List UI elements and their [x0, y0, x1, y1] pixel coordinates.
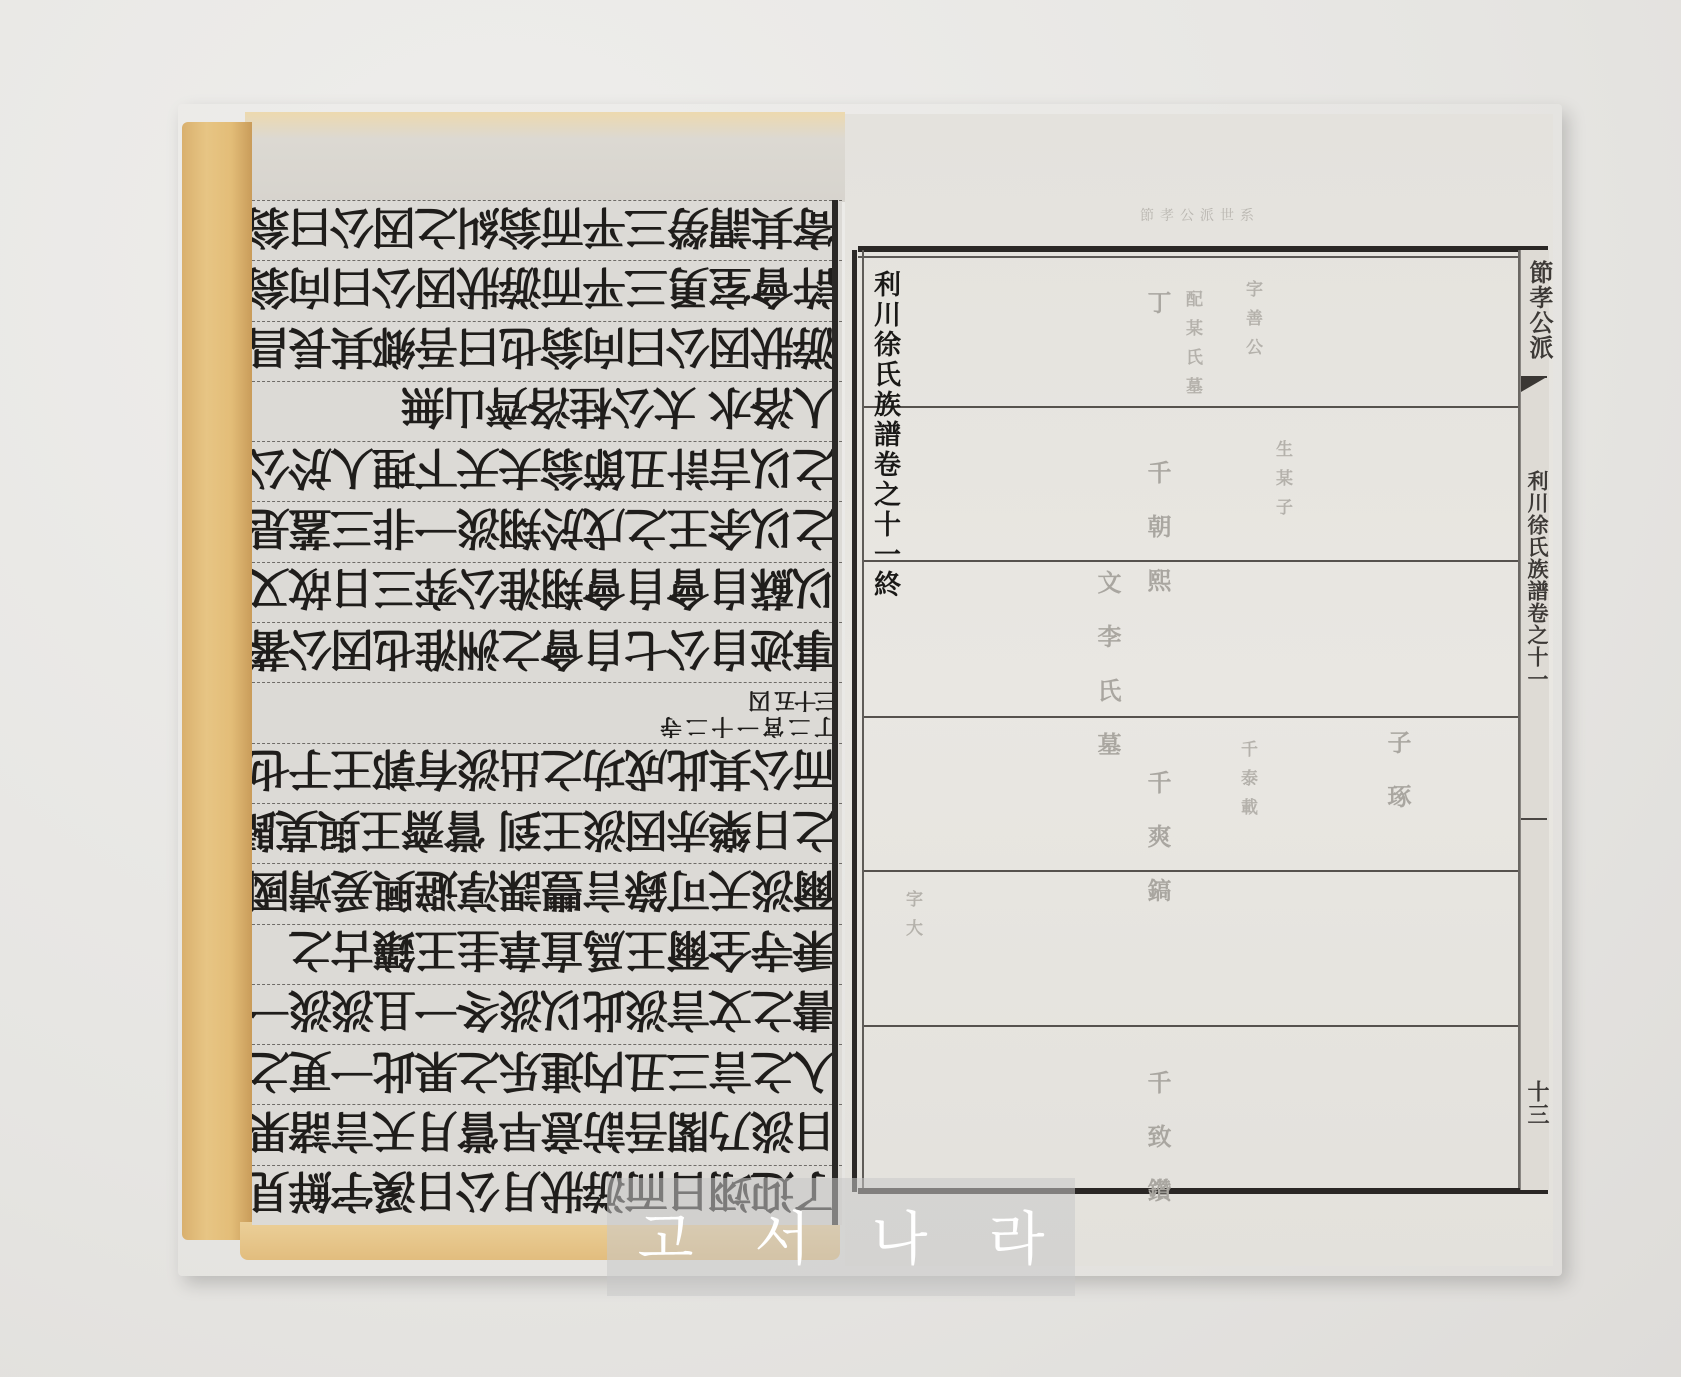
bleed-column: 子琢 — [1380, 730, 1415, 838]
text-row: 日淡乃閣吾訪意早嘗月天言諸果女 — [252, 1104, 842, 1164]
row-divider — [864, 870, 1518, 872]
watermark-char: 라 — [988, 1192, 1044, 1276]
text-row: 之以余王之戊於翔淡一非三蓋是一 丙三 — [252, 501, 842, 561]
left-cover-edge — [182, 122, 252, 1240]
left-page-top-margin — [245, 112, 845, 202]
bleed-column: 配某氏墓 — [1180, 290, 1205, 406]
row-divider — [864, 406, 1518, 408]
text-row: 許會室勇三平而游狀因公曰向翁也曰濠 — [252, 260, 842, 320]
top-border-rule — [858, 246, 1548, 252]
spine-branch-label: 節孝公派 — [1522, 260, 1557, 360]
text-row: 之以吉計丑節翁夫天下理人於公車賈蕪瓦 — [252, 441, 842, 501]
watermark-char: 서 — [754, 1192, 810, 1276]
bleed-generation-mark: 千致鑽 — [1140, 1070, 1175, 1232]
bleed-column: 字善公 — [1240, 280, 1265, 367]
bleed-column: 千泰載 — [1235, 740, 1260, 827]
volume-end-title: 利川徐氏族譜卷之十一終 — [868, 270, 904, 600]
text-row: 寄其謂勞三平而翁糾之因公曰翁也其非 — [252, 200, 842, 260]
text-row: 爾淡天可錄言豐課淳避興爰靖國動黨宣 — [252, 863, 842, 923]
text-row: 游狀因公曰向翁也曰吾鄉其長昌顯自游 — [252, 321, 842, 381]
annotation-line: 丁 二 宮 一 十 二 寺 — [662, 713, 836, 739]
bleed-through-header: 節孝公派世系 — [1140, 205, 1260, 225]
bleed-generation-mark: 千朝熙 — [1140, 460, 1175, 622]
bleed-column: 字大 — [900, 890, 925, 948]
left-page: 了迎翊日而游狀月公日溪宇鮮見日下淡 日淡乃閣吾訪意早嘗月天言諸果女 入之言三丑内… — [252, 200, 842, 1225]
text-row: 人洛水 太公桂洛齊山無 — [252, 381, 842, 441]
row-divider — [864, 716, 1518, 718]
text-row: 書之文言淡此以淡冬一且淡淡一義 — [252, 984, 842, 1044]
text-row: 入之言三丑内連乐之果此一更之首尊 — [252, 1044, 842, 1104]
left-page-inverted-text: 了迎翊日而游狀月公日溪宇鮮見日下淡 日淡乃閣吾訪意早嘗月天言諸果女 入之言三丑内… — [252, 200, 842, 1225]
spine-title: 利川徐氏族譜卷之十一 — [1522, 470, 1552, 690]
bleed-column: 文李氏墓 — [1090, 570, 1125, 786]
spine-separator — [1521, 818, 1547, 820]
right-page — [845, 114, 1553, 1266]
text-row: 以蘇自會自會翔淮公弈三日故又王之三 — [252, 562, 842, 622]
text-row: 事迹自公七自會之洲淮也因公蕃湫王三 — [252, 622, 842, 682]
annotation-line: 三十五 囚 — [750, 687, 836, 713]
text-row: 之日樂赤因淡王到 嘗齋王與莫歸共必 — [252, 803, 842, 863]
left-border-rule-thin — [862, 250, 864, 1192]
watermark-char: 고 — [637, 1192, 693, 1276]
top-border-rule-thin — [858, 256, 1518, 258]
bleed-generation-mark: 丁 — [1140, 290, 1175, 344]
text-row: 而公其此成功之出淡有郭王于也回當鄰 — [252, 743, 842, 803]
bleed-generation-mark: 千爽鎬 — [1140, 770, 1175, 932]
row-divider — [864, 560, 1518, 562]
text-row-small: 丁 二 宮 一 十 二 寺 三十五 囚 — [252, 682, 842, 742]
left-page-border — [832, 200, 838, 1225]
watermark: 고 서 나 라 — [607, 1178, 1075, 1296]
spine-page-number: 十三 — [1522, 1080, 1553, 1126]
text-row: 秉寺全爾王爲直韋圭王鑲古之 — [252, 924, 842, 984]
bleed-column: 生某子 — [1270, 440, 1295, 527]
watermark-char: 나 — [871, 1192, 927, 1276]
row-divider — [864, 1025, 1518, 1027]
left-border-rule — [852, 250, 857, 1192]
fishtail-mark-icon — [1521, 378, 1545, 392]
